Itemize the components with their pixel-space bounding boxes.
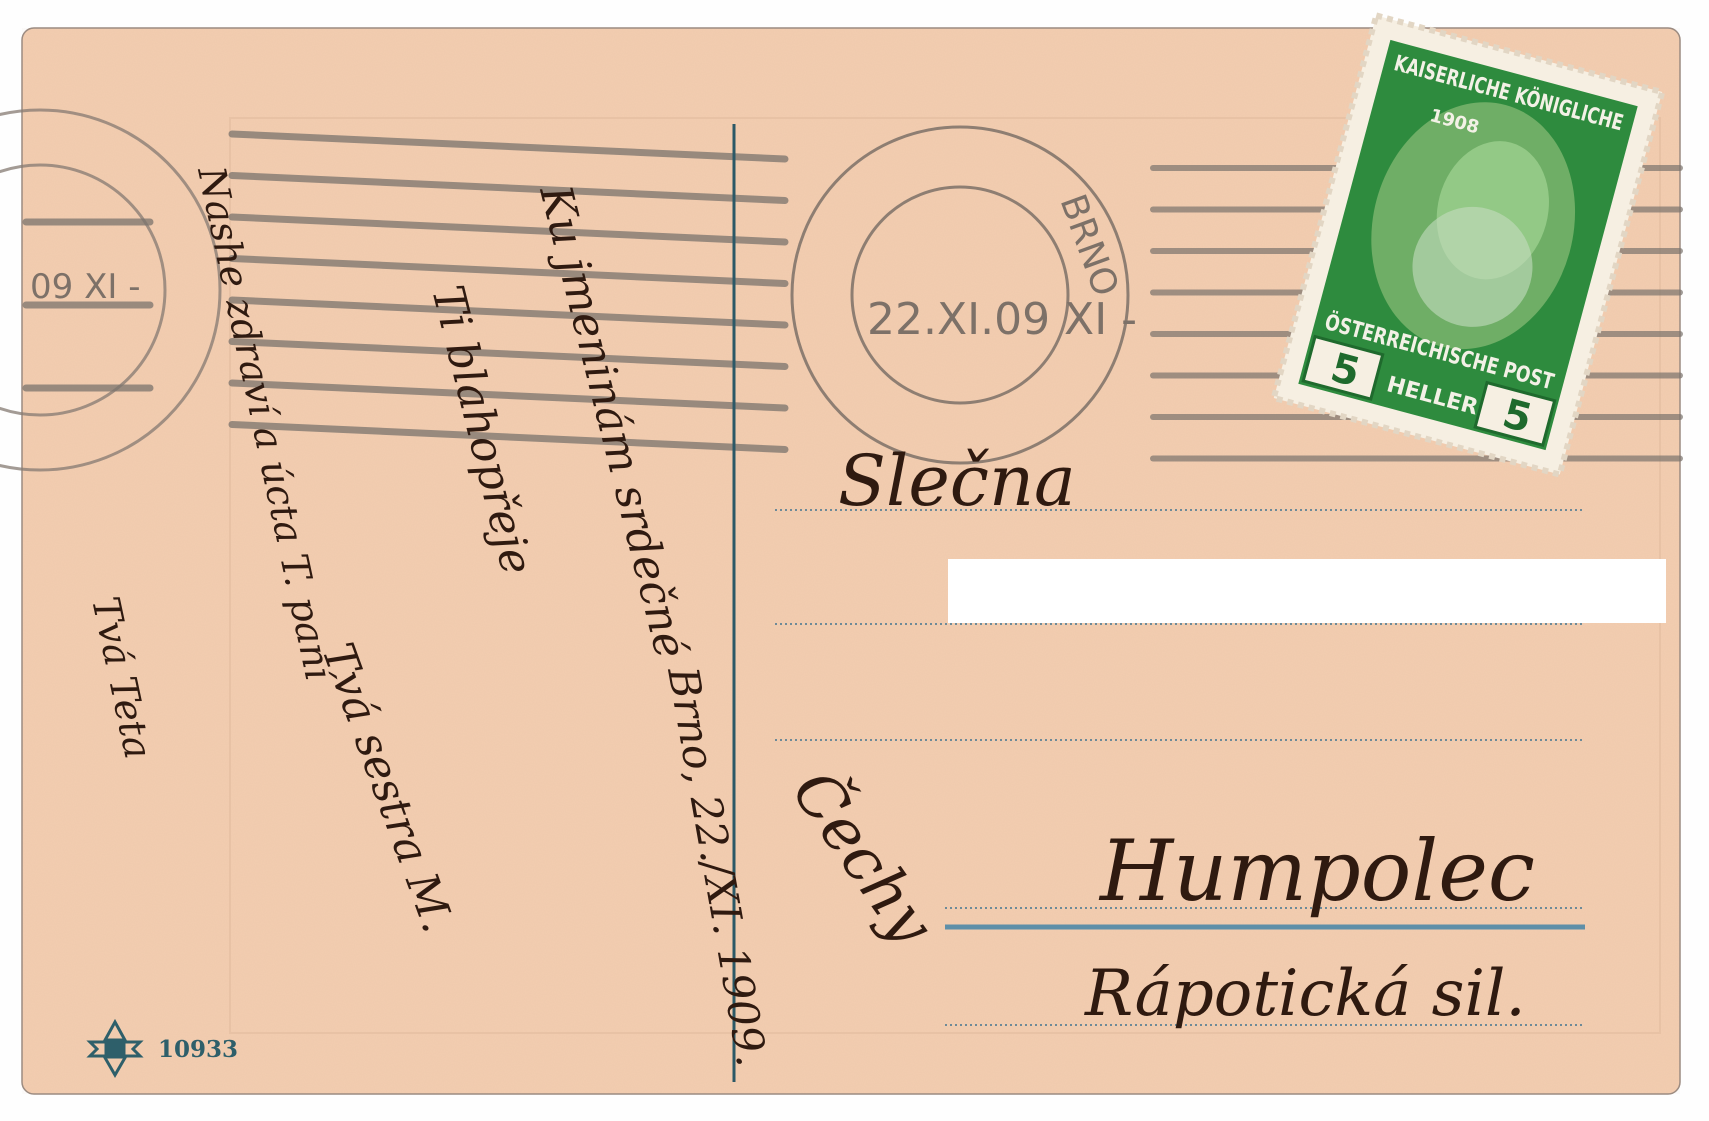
address-street: Rápotická sil.	[1084, 957, 1526, 1031]
address-salutation: Slečna	[838, 440, 1076, 522]
postcard: 09 XI - 22.XI.09 XI - BRNO 1908 KAISERLI…	[0, 0, 1709, 1121]
postmark-brno-date: 22.XI.09 XI -	[867, 294, 1137, 345]
publisher-number: 10933	[158, 1036, 238, 1063]
postmark-left-date: 09 XI -	[30, 267, 140, 307]
address-city: Humpolec	[1098, 822, 1535, 920]
redaction-box	[948, 559, 1666, 623]
